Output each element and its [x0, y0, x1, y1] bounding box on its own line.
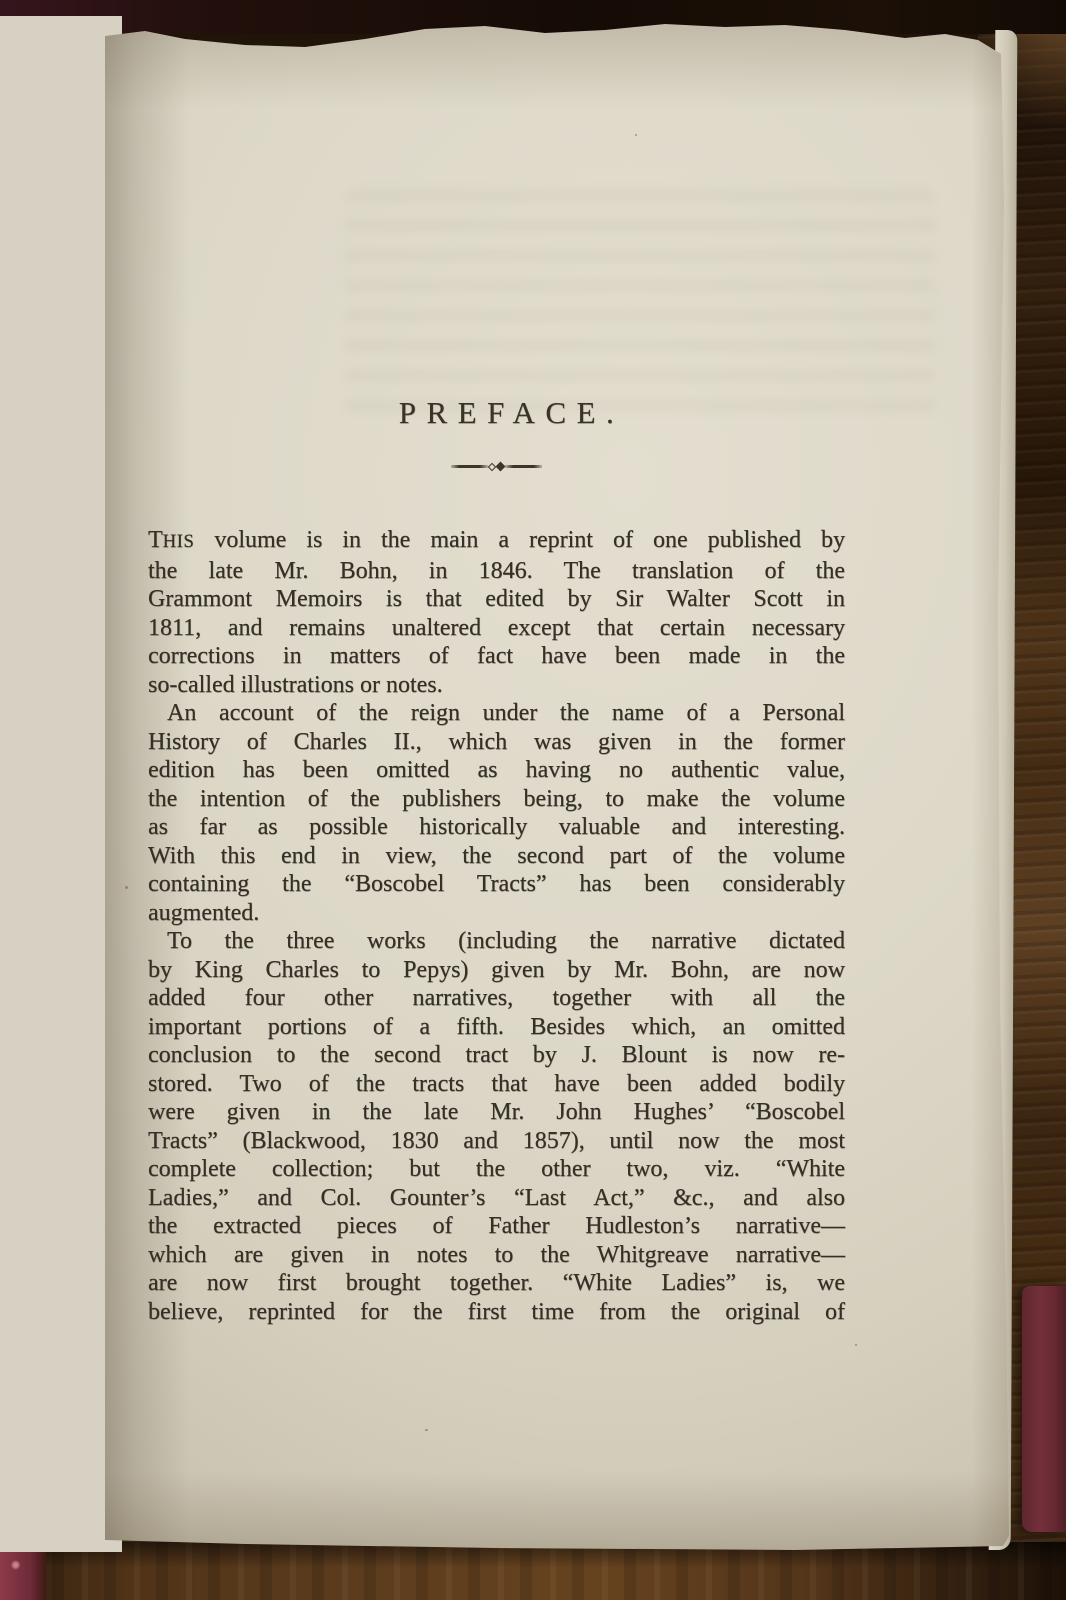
text-line: Grammont Memoirs is that edited by Sir W…: [148, 585, 845, 614]
facing-page-gutter: [0, 16, 122, 1552]
smallcaps-lead-word: THIS: [148, 527, 194, 553]
paragraph: To the three works (including the narrat…: [148, 927, 845, 1326]
ornament-rule-right-icon: [505, 465, 542, 468]
text-line: were given in the late Mr. John Hughes’ …: [148, 1098, 845, 1127]
text-line: conclusion to the second tract by J. Blo…: [148, 1041, 845, 1070]
wood-table-background-top: [0, 0, 1066, 34]
text-line: the late Mr. Bohn, in 1846. The translat…: [148, 557, 845, 586]
book-photo-scene: PREFACE. THIS volume is in the main a re…: [0, 0, 1066, 1600]
text-line: THIS volume is in the main a reprint of …: [148, 526, 845, 557]
text-line: To the three works (including the narrat…: [148, 927, 845, 956]
text-line: important portions of a fifth. Besides w…: [148, 1013, 845, 1042]
bottom-edge-shadow: [95, 1471, 1015, 1556]
text-line: edition has been omitted as having no au…: [148, 756, 845, 785]
paper-speck: [635, 134, 637, 136]
text-line: augmented.: [148, 899, 845, 928]
text-line: which are given in notes to the Whitgrea…: [148, 1241, 845, 1270]
book-page: PREFACE. THIS volume is in the main a re…: [95, 14, 1015, 1556]
text-line: Tracts” (Blackwood, 1830 and 1857), unti…: [148, 1127, 845, 1156]
paper-speck: [855, 1344, 857, 1346]
text-line: by King Charles to Pepys) given by Mr. B…: [148, 956, 845, 985]
text-line: With this end in view, the second part o…: [148, 842, 845, 871]
text-line: 1811, and remains unaltered except that …: [148, 614, 845, 643]
paper-speck: [125, 886, 128, 889]
ornament-rule-left-icon: [451, 465, 488, 468]
page-title: PREFACE.: [148, 395, 845, 431]
book-cover-edge-bottom-left: [0, 1550, 46, 1600]
text-line: complete collection; but the other two, …: [148, 1155, 845, 1184]
preface-text: THIS volume is in the main a reprint of …: [148, 526, 845, 1326]
text-line: the intention of the publishers being, t…: [148, 785, 845, 814]
text-line: are now first brought together. “White L…: [148, 1269, 845, 1298]
text-line: the extracted pieces of Father Hudleston…: [148, 1212, 845, 1241]
paragraph: THIS volume is in the main a reprint of …: [148, 526, 845, 699]
text-line: so-called illustrations or notes.: [148, 671, 845, 700]
book-cover-edge-right: [1022, 1286, 1066, 1532]
text-line: History of Charles II., which was given …: [148, 728, 845, 757]
text-line: as far as possible historically valuable…: [148, 813, 845, 842]
text-line: stored. Two of the tracts that have been…: [148, 1070, 845, 1099]
title-divider-ornament: [148, 463, 845, 470]
wood-table-background-bottom: [0, 1542, 1066, 1600]
text-line: believe, reprinted for the first time fr…: [148, 1298, 845, 1327]
ornament-diamond-solid-icon: [496, 462, 506, 472]
text-line: Ladies,” and Col. Gounter’s “Last Act,” …: [148, 1184, 845, 1213]
paragraph: An account of the reign under the name o…: [148, 699, 845, 927]
text-line: added four other narratives, together wi…: [148, 984, 845, 1013]
text-line: containing the “Boscobel Tracts” has bee…: [148, 870, 845, 899]
show-through-ghost-text: [345, 189, 935, 419]
text-line: An account of the reign under the name o…: [148, 699, 845, 728]
text-line: corrections in matters of fact have been…: [148, 642, 845, 671]
paper-speck: [425, 1429, 428, 1431]
